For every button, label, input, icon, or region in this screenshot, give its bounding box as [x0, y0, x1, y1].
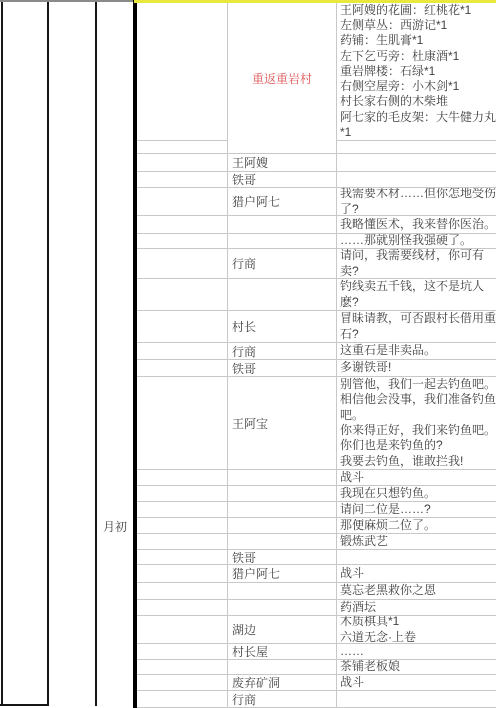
bottom-border-line: [0, 704, 48, 706]
speaker-cell[interactable]: 王阿嫂: [228, 154, 336, 172]
dialogue-cell[interactable]: 药酒坛: [337, 600, 496, 616]
scene-cell[interactable]: [137, 518, 227, 534]
scene-cell[interactable]: [137, 216, 227, 234]
dialogue-cell[interactable]: [337, 141, 496, 154]
speaker-cell[interactable]: 废弃矿洞: [228, 675, 336, 691]
speaker-cell[interactable]: 铁哥: [228, 550, 336, 565]
quest-return-cell[interactable]: 重返重岩村: [228, 3, 336, 154]
scene-cell[interactable]: [137, 534, 227, 550]
speaker-cell[interactable]: 湖边: [228, 616, 336, 644]
scene-cell[interactable]: [137, 377, 227, 470]
dialogue-cell[interactable]: ……: [337, 644, 496, 660]
speaker-cell[interactable]: [228, 583, 336, 600]
dialogue-cell[interactable]: 战斗: [337, 675, 496, 691]
dialogue-cell[interactable]: 我需要木材……但你怎地受伤了?: [337, 188, 496, 216]
scene-cell[interactable]: [137, 486, 227, 502]
dialogue-column: 王阿嫂的花圃：红桃花*1 左侧草丛：西游记*1 药铺：生肌膏*1 左下乞丐旁：杜…: [336, 3, 496, 708]
speaker-cell[interactable]: [228, 502, 336, 518]
scene-cell[interactable]: [137, 311, 227, 343]
scene-column: [137, 3, 227, 708]
speaker-cell[interactable]: 行商: [228, 249, 336, 279]
speaker-cell[interactable]: [228, 534, 336, 550]
scene-cell[interactable]: [137, 600, 227, 616]
speaker-cell[interactable]: [228, 279, 336, 311]
dialogue-cell[interactable]: 冒昧请教，可否跟村长借用重石?: [337, 311, 496, 343]
dialogue-cell[interactable]: 多谢铁哥!: [337, 360, 496, 377]
speaker-cell[interactable]: [228, 660, 336, 675]
dialogue-cell[interactable]: [337, 172, 496, 188]
dialogue-cell[interactable]: 那便麻烦二位了。: [337, 518, 496, 534]
dialogue-cell[interactable]: 别管他，我们一起去钓鱼吧。 相信他会没事，我们准备钓鱼吧。 你来得正好，我们来钓…: [337, 377, 496, 470]
scene-cell[interactable]: [137, 343, 227, 360]
dialogue-cell[interactable]: [337, 154, 496, 172]
dialogue-cell[interactable]: 我略懂医术，我来替你医治。: [337, 216, 496, 234]
speaker-cell[interactable]: 行商: [228, 343, 336, 360]
month-label-cell[interactable]: 月初: [96, 519, 134, 536]
speaker-cell[interactable]: 猎户阿七: [228, 565, 336, 583]
dialogue-cell[interactable]: 我现在只想钓鱼。: [337, 486, 496, 502]
scene-cell[interactable]: [137, 660, 227, 675]
speaker-cell[interactable]: [228, 216, 336, 234]
scene-cell[interactable]: [137, 279, 227, 311]
dialogue-cell[interactable]: 钓线卖五千钱，这不是坑人麽?: [337, 279, 496, 311]
speaker-cell[interactable]: [228, 234, 336, 249]
scene-cell[interactable]: [137, 154, 227, 172]
column-divider-1: [47, 0, 49, 706]
scene-cell[interactable]: [137, 3, 227, 141]
sheet-left-border-line: [1, 0, 3, 706]
column-divider-2: [95, 0, 97, 706]
scene-cell[interactable]: [137, 172, 227, 188]
speaker-cell[interactable]: [228, 600, 336, 616]
dialogue-cell[interactable]: 锻炼武艺: [337, 534, 496, 550]
speaker-cell[interactable]: 王阿宝: [228, 377, 336, 470]
dialogue-cell[interactable]: 战斗: [337, 565, 496, 583]
speaker-cell[interactable]: 行商: [228, 691, 336, 708]
speaker-cell[interactable]: 铁哥: [228, 360, 336, 377]
scene-cell[interactable]: [137, 360, 227, 377]
dialogue-cell[interactable]: 战斗: [337, 470, 496, 486]
dialogue-cell[interactable]: 木质棋具*1 六道无念·上卷: [337, 616, 496, 644]
dialogue-cell[interactable]: [337, 691, 496, 708]
scene-cell[interactable]: [137, 691, 227, 708]
scene-cell[interactable]: [137, 644, 227, 660]
scene-cell[interactable]: [137, 583, 227, 600]
speaker-column: 重返重岩村王阿嫂铁哥猎户阿七行商村长行商铁哥王阿宝铁哥猎户阿七湖边村长屋废弃矿洞…: [227, 3, 336, 708]
dialogue-cell[interactable]: 王阿嫂的花圃：红桃花*1 左侧草丛：西游记*1 药铺：生肌膏*1 左下乞丐旁：杜…: [337, 3, 496, 141]
scene-cell[interactable]: [137, 470, 227, 486]
speaker-cell[interactable]: 铁哥: [228, 172, 336, 188]
dialogue-cell[interactable]: 这重石是非卖品。: [337, 343, 496, 360]
dialogue-cell[interactable]: [337, 550, 496, 565]
top-border-line: [0, 0, 133, 2]
scene-cell[interactable]: [137, 234, 227, 249]
scene-cell[interactable]: [137, 616, 227, 644]
scene-cell[interactable]: [137, 188, 227, 216]
scene-cell[interactable]: [137, 249, 227, 279]
dialogue-cell[interactable]: 请问二位是……?: [337, 502, 496, 518]
dialogue-cell[interactable]: 茶铺老板娘: [337, 660, 496, 675]
speaker-cell[interactable]: [228, 518, 336, 534]
scene-cell[interactable]: [137, 565, 227, 583]
scene-cell[interactable]: [137, 502, 227, 518]
speaker-cell[interactable]: [228, 470, 336, 486]
dialogue-cell[interactable]: 莫忘老黑救你之恩: [337, 583, 496, 600]
dialogue-cell[interactable]: 请问，我需要线材，你可有卖?: [337, 249, 496, 279]
speaker-cell[interactable]: 村长屋: [228, 644, 336, 660]
speaker-cell[interactable]: [228, 486, 336, 502]
speaker-cell[interactable]: 猎户阿七: [228, 188, 336, 216]
scene-cell[interactable]: [137, 550, 227, 565]
scene-cell[interactable]: [137, 141, 227, 154]
dialogue-cell[interactable]: ……那就别怪我强硬了。: [337, 234, 496, 249]
scene-cell[interactable]: [137, 675, 227, 691]
speaker-cell[interactable]: 村长: [228, 311, 336, 343]
